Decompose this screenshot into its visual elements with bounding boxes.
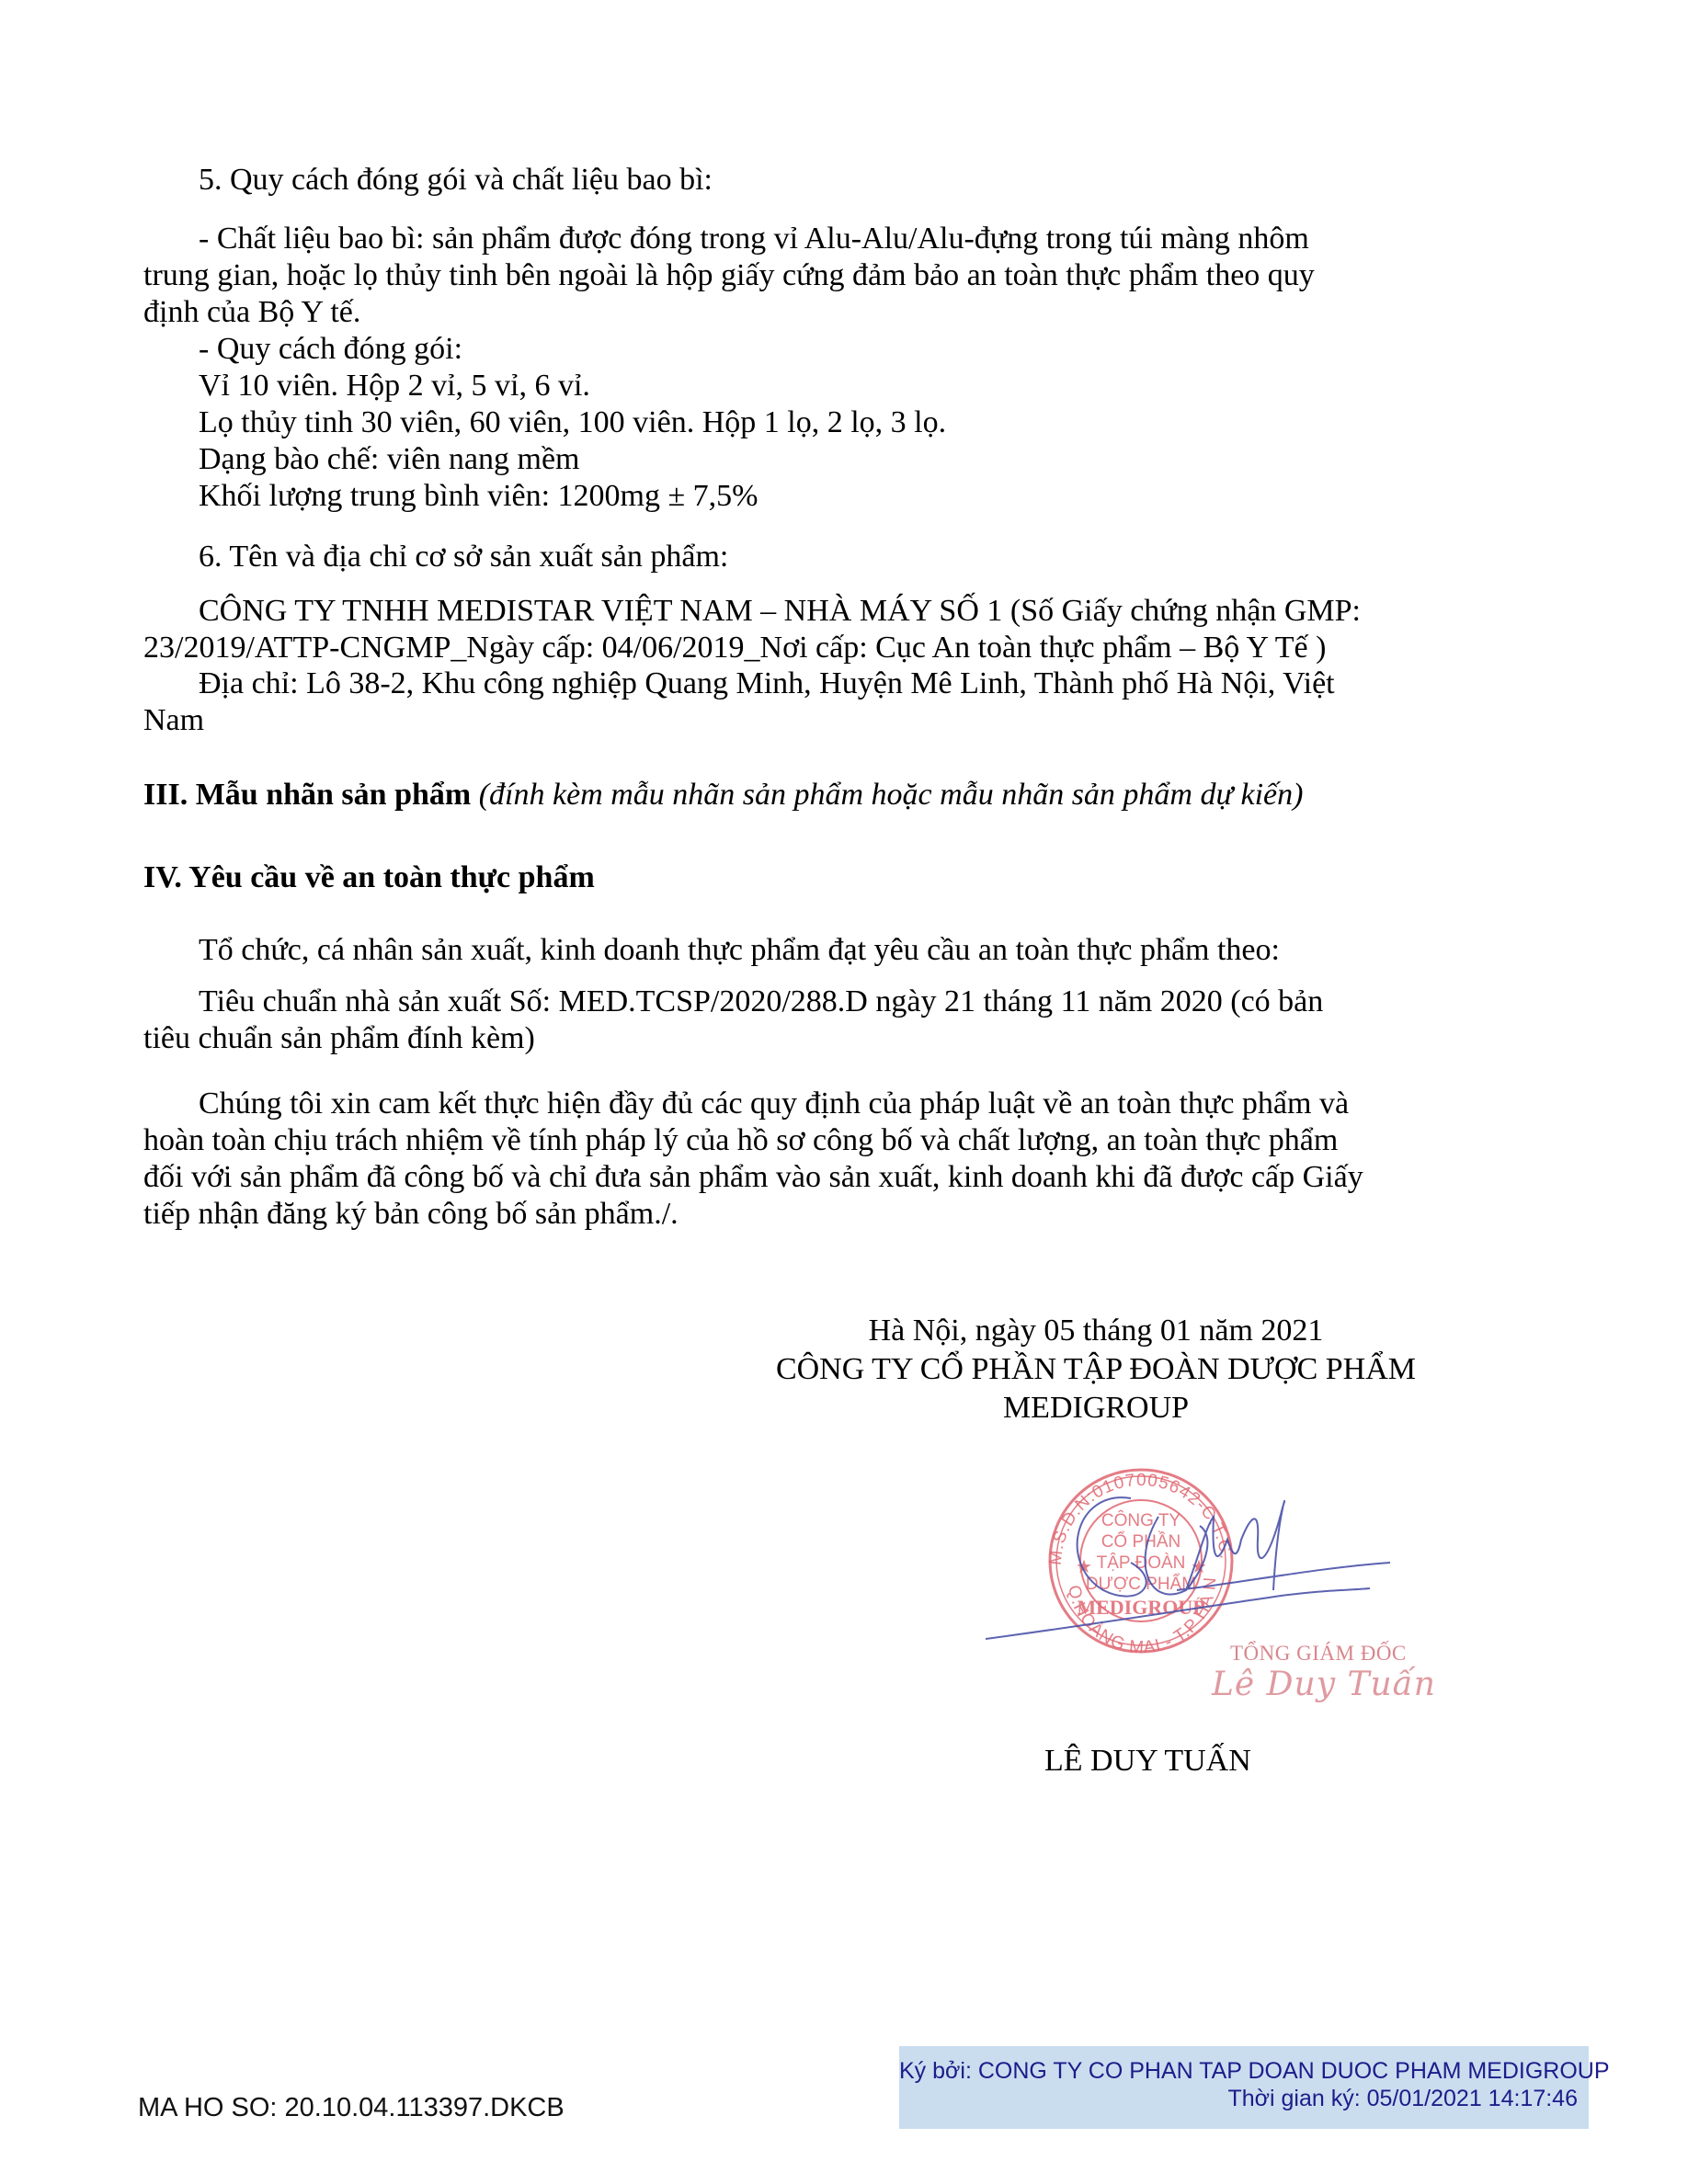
company-name: CÔNG TY CỔ PHẦN TẬP ĐOÀN DƯỢC PHẨM: [728, 1351, 1464, 1388]
packaging-material-line: - Chất liệu bao bì: sản phẩm được đóng t…: [199, 221, 1309, 257]
place-date: Hà Nội, ngày 05 tháng 01 năm 2021: [728, 1313, 1464, 1349]
section-iii-note: (đính kèm mẫu nhãn sản phẩm hoặc mẫu nhã…: [479, 778, 1304, 812]
svg-text:MEDIGROUP: MEDIGROUP: [1077, 1596, 1204, 1619]
packing-spec-label: - Quy cách đóng gói:: [199, 331, 462, 368]
commitment-line: tiếp nhận đăng ký bản công bố sản phẩm./…: [143, 1196, 679, 1233]
signer-name: LÊ DUY TUẤN: [1044, 1743, 1251, 1780]
digital-signature-box: Ký bởi: CONG TY CO PHAN TAP DOAN DUOC PH…: [899, 2046, 1589, 2129]
packing-spec-line: Khối lượng trung bình viên: 1200mg ± 7,5…: [199, 478, 758, 515]
commitment-line: hoàn toàn chịu trách nhiệm về tính pháp …: [143, 1122, 1338, 1159]
manufacturer-address-line: Nam: [143, 702, 204, 739]
safety-intro: Tổ chức, cá nhân sản xuất, kinh doanh th…: [199, 932, 1280, 969]
stamp-title: TỔNG GIÁM ĐỐC: [1230, 1642, 1407, 1666]
company-name: MEDIGROUP: [728, 1390, 1464, 1427]
company-stamp-icon: M.S.D.N:0107005642-C.T.C.P Q.HOÀNG MAI -…: [965, 1452, 1480, 1673]
packing-spec-line: Vỉ 10 viên. Hộp 2 vỉ, 5 vỉ, 6 vỉ.: [199, 368, 590, 404]
section-iii-heading: III. Mẫu nhãn sản phẩm (đính kèm mẫu nhã…: [143, 777, 1303, 813]
packing-spec-line: Dạng bào chế: viên nang mềm: [199, 441, 579, 478]
svg-text:CÔNG TY: CÔNG TY: [1101, 1510, 1181, 1530]
standard-line: tiêu chuẩn sản phẩm đính kèm): [143, 1020, 535, 1057]
standard-line: Tiêu chuẩn nhà sản xuất Số: MED.TCSP/202…: [199, 984, 1323, 1020]
manufacturer-address-line: Địa chỉ: Lô 38-2, Khu công nghiệp Quang …: [199, 665, 1335, 702]
packaging-material-line: trung gian, hoặc lọ thủy tinh bên ngoài …: [143, 257, 1315, 294]
svg-text:CỔ PHẦN: CỔ PHẦN: [1101, 1531, 1181, 1552]
packing-spec-line: Lọ thủy tinh 30 viên, 60 viên, 100 viên.…: [199, 404, 946, 441]
packaging-material-line: định của Bộ Y tế.: [143, 294, 360, 331]
section-5-heading: 5. Quy cách đóng gói và chất liệu bao bì…: [199, 162, 713, 199]
manufacturer-line: 23/2019/ATTP-CNGMP_Ngày cấp: 04/06/2019_…: [143, 630, 1326, 666]
file-code: MA HO SO: 20.10.04.113397.DKCB: [138, 2092, 565, 2123]
section-6-heading: 6. Tên và địa chỉ cơ sở sản xuất sản phẩ…: [199, 539, 728, 575]
manufacturer-line: CÔNG TY TNHH MEDISTAR VIỆT NAM – NHÀ MÁY…: [199, 593, 1361, 630]
commitment-line: Chúng tôi xin cam kết thực hiện đầy đủ c…: [199, 1086, 1349, 1122]
stamp-script-name: Lê Duy Tuấn: [1212, 1666, 1436, 1703]
signed-by: Ký bởi: CONG TY CO PHAN TAP DOAN DUOC PH…: [899, 2057, 1578, 2085]
signed-time: Thời gian ký: 05/01/2021 14:17:46: [899, 2085, 1578, 2112]
commitment-line: đối với sản phẩm đã công bố và chỉ đưa s…: [143, 1159, 1363, 1196]
section-iv-heading: IV. Yêu cầu về an toàn thực phẩm: [143, 859, 595, 896]
section-iii-title: III. Mẫu nhãn sản phẩm: [143, 778, 471, 812]
